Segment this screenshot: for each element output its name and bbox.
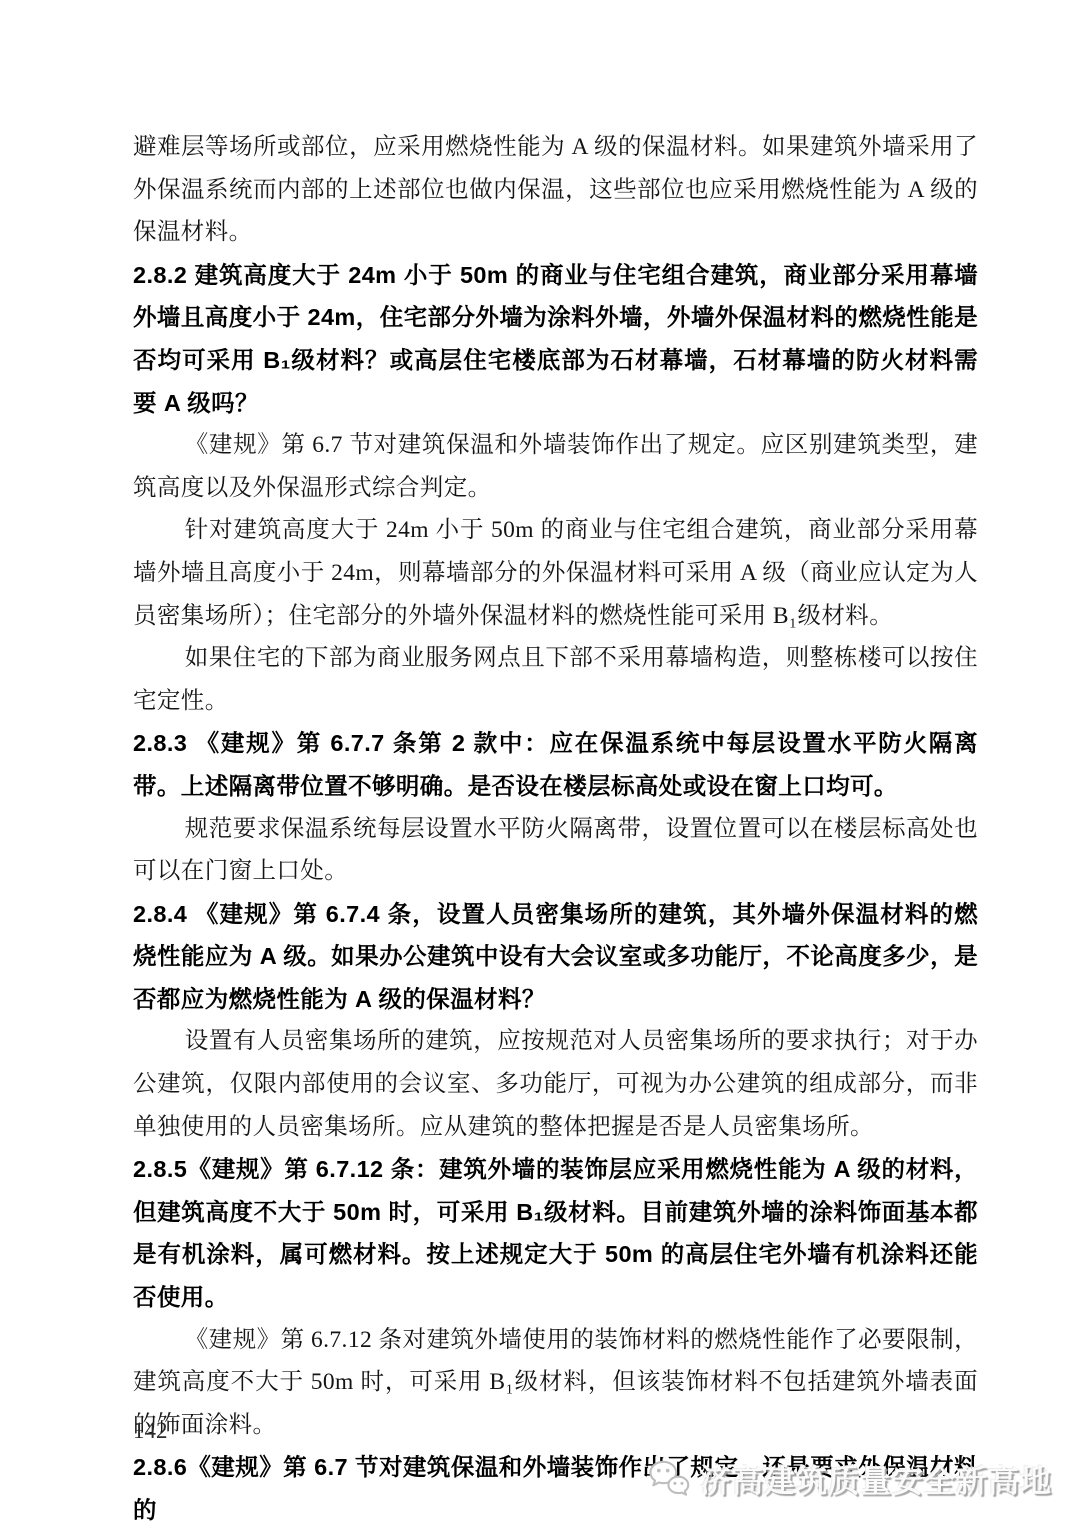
- wechat-icon: [648, 1459, 690, 1499]
- paragraph: 2.8.4 《建规》第 6.7.4 条，设置人员密集场所的建筑，其外墙外保温材料…: [133, 893, 978, 1021]
- watermark: 济高建筑质量安全新高地: [648, 1456, 1052, 1501]
- page-number: 142: [133, 1418, 168, 1444]
- watermark-text: 济高建筑质量安全新高地: [700, 1456, 1052, 1501]
- paragraph: 2.8.3 《建规》第 6.7.7 条第 2 款中：应在保温系统中每层设置水平防…: [133, 722, 978, 807]
- paragraph: 《建规》第 6.7 节对建筑保温和外墙装饰作出了规定。应区别建筑类型，建筑高度以…: [133, 424, 978, 509]
- paragraph: 设置有人员密集场所的建筑，应按规范对人员密集场所的要求执行；对于办公建筑，仅限内…: [133, 1020, 978, 1148]
- paragraph: 规范要求保温系统每层设置水平防火隔离带，设置位置可以在楼层标高处也可以在门窗上口…: [133, 808, 978, 893]
- paragraph: 2.8.5《建规》第 6.7.12 条：建筑外墙的装饰层应采用燃烧性能为 A 级…: [133, 1148, 978, 1318]
- paragraph: 针对建筑高度大于 24m 小于 50m 的商业与住宅组合建筑，商业部分采用幕墙外…: [133, 509, 978, 637]
- text-body: 避难层等场所或部位，应采用燃烧性能为 A 级的保温材料。如果建筑外墙采用了外保温…: [133, 126, 978, 1527]
- paragraph: 《建规》第 6.7.12 条对建筑外墙使用的装饰材料的燃烧性能作了必要限制，建筑…: [133, 1319, 978, 1447]
- paragraph: 避难层等场所或部位，应采用燃烧性能为 A 级的保温材料。如果建筑外墙采用了外保温…: [133, 126, 978, 254]
- paragraph: 如果住宅的下部为商业服务网点且下部不采用幕墙构造，则整栋楼可以按住宅定性。: [133, 637, 978, 722]
- paragraph: 2.8.2 建筑高度大于 24m 小于 50m 的商业与住宅组合建筑，商业部分采…: [133, 254, 978, 424]
- document-page: 避难层等场所或部位，应采用燃烧性能为 A 级的保温材料。如果建筑外墙采用了外保温…: [0, 0, 1080, 1527]
